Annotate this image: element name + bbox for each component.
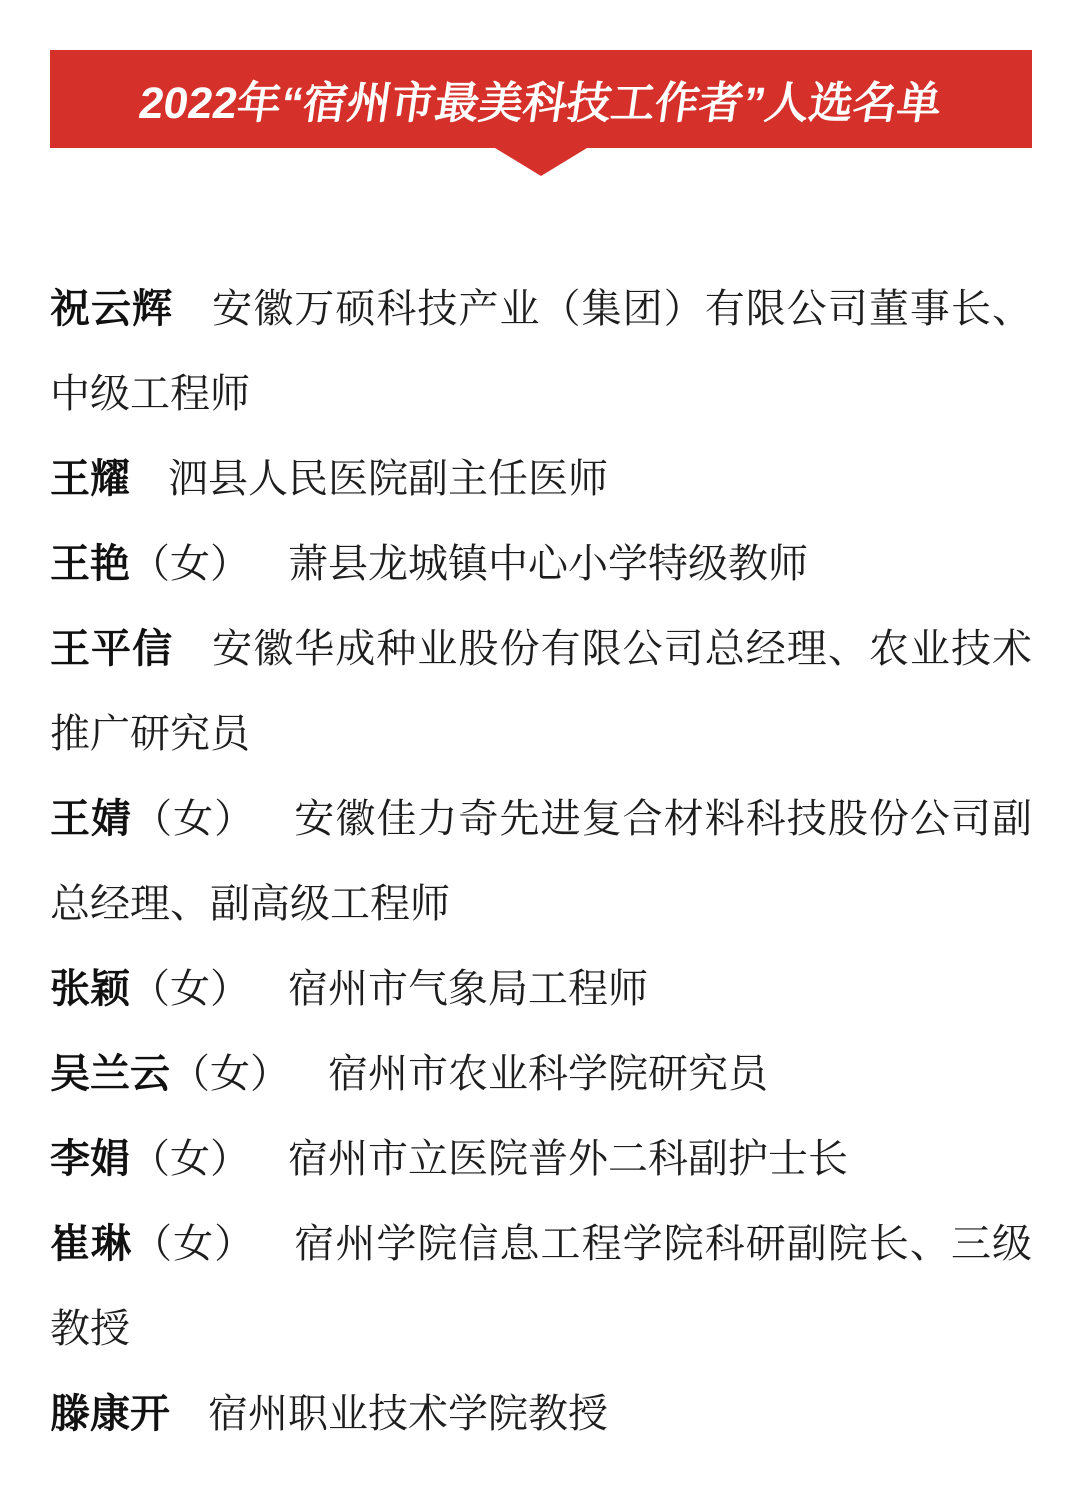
- candidate-name: 王耀: [50, 457, 130, 501]
- list-item: 王耀泗县人民医院副主任医师: [50, 437, 1032, 522]
- list-item: 王平信安徽华成种业股份有限公司总经理、农业技术推广研究员: [50, 607, 1032, 777]
- candidate-list: 祝云辉安徽万硕科技产业（集团）有限公司董事长、中级工程师 王耀泗县人民医院副主任…: [50, 267, 1032, 1457]
- candidate-gender: （女）: [132, 1222, 255, 1266]
- list-item: 崔琳（女）宿州学院信息工程学院科研副院长、三级教授: [50, 1202, 1032, 1372]
- candidate-name: 王婧: [50, 797, 132, 841]
- candidate-title: 安徽华成种业股份有限公司总经理、农业技术推广研究员: [50, 627, 1032, 756]
- candidate-name: 李娟: [50, 1137, 130, 1181]
- list-item: 张颖（女）宿州市气象局工程师: [50, 947, 1032, 1032]
- candidate-gender: （女）: [170, 1052, 290, 1096]
- candidate-title: 萧县龙城镇中心小学特级教师: [288, 542, 808, 586]
- list-item: 滕康开宿州职业技术学院教授: [50, 1372, 1032, 1457]
- candidate-name: 滕康开: [50, 1392, 170, 1436]
- banner-ribbon: 2022年“宿州市最美科技工作者”人选名单: [50, 50, 1032, 148]
- candidate-name: 张颖: [50, 967, 130, 1011]
- list-item: 王婧（女）安徽佳力奇先进复合材料科技股份公司副总经理、副高级工程师: [50, 777, 1032, 947]
- candidate-title: 宿州市气象局工程师: [288, 967, 648, 1011]
- candidate-name: 王艳: [50, 542, 130, 586]
- list-item: 祝云辉安徽万硕科技产业（集团）有限公司董事长、中级工程师: [50, 267, 1032, 437]
- banner-arrow-down-icon: [495, 148, 587, 176]
- candidate-title: 宿州职业技术学院教授: [208, 1392, 608, 1436]
- candidate-title: 安徽万硕科技产业（集团）有限公司董事长、中级工程师: [50, 287, 1032, 416]
- list-item: 李娟（女）宿州市立医院普外二科副护士长: [50, 1117, 1032, 1202]
- candidate-gender: （女）: [130, 542, 250, 586]
- candidate-title: 宿州市立医院普外二科副护士长: [288, 1137, 848, 1181]
- candidate-gender: （女）: [130, 1137, 250, 1181]
- list-item: 王艳（女）萧县龙城镇中心小学特级教师: [50, 522, 1032, 607]
- candidate-gender: （女）: [132, 797, 255, 841]
- page-title: 2022年“宿州市最美科技工作者”人选名单: [136, 67, 947, 131]
- list-item: 吴兰云（女）宿州市农业科学院研究员: [50, 1032, 1032, 1117]
- candidate-name: 王平信: [50, 627, 173, 671]
- candidate-gender: （女）: [130, 967, 250, 1011]
- candidate-name: 崔琳: [50, 1222, 132, 1266]
- header-banner: 2022年“宿州市最美科技工作者”人选名单: [50, 50, 1032, 176]
- candidate-title: 泗县人民医院副主任医师: [168, 457, 608, 501]
- candidate-name: 祝云辉: [50, 287, 173, 331]
- candidate-title: 宿州市农业科学院研究员: [328, 1052, 768, 1096]
- candidate-name: 吴兰云: [50, 1052, 170, 1096]
